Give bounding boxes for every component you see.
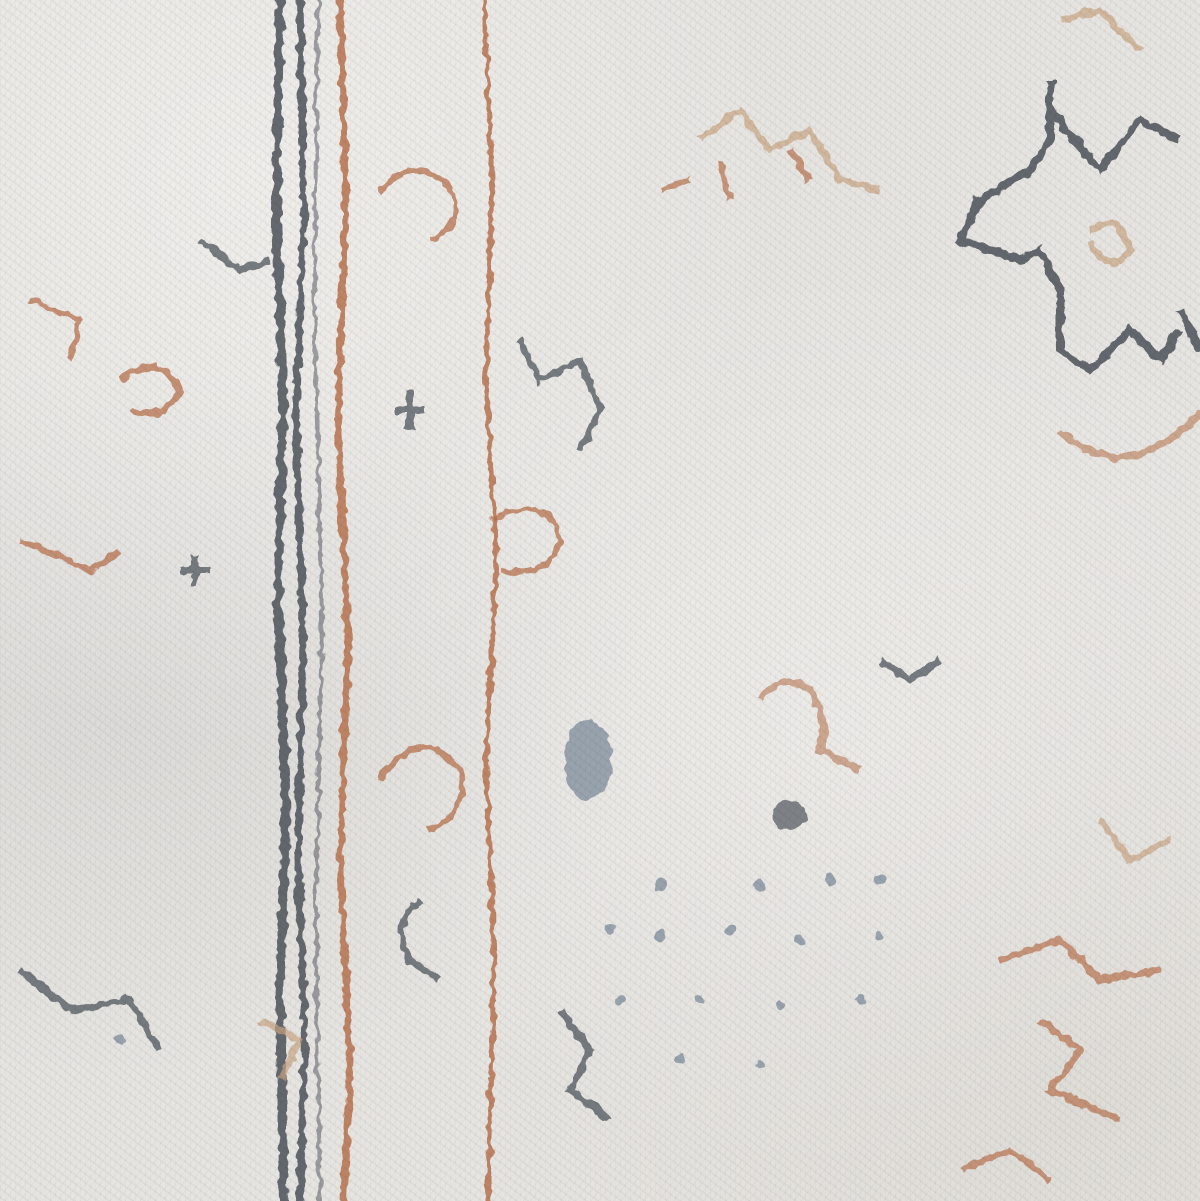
pile-texture: [0, 0, 1200, 1201]
rug-texture-photo: [0, 0, 1200, 1201]
